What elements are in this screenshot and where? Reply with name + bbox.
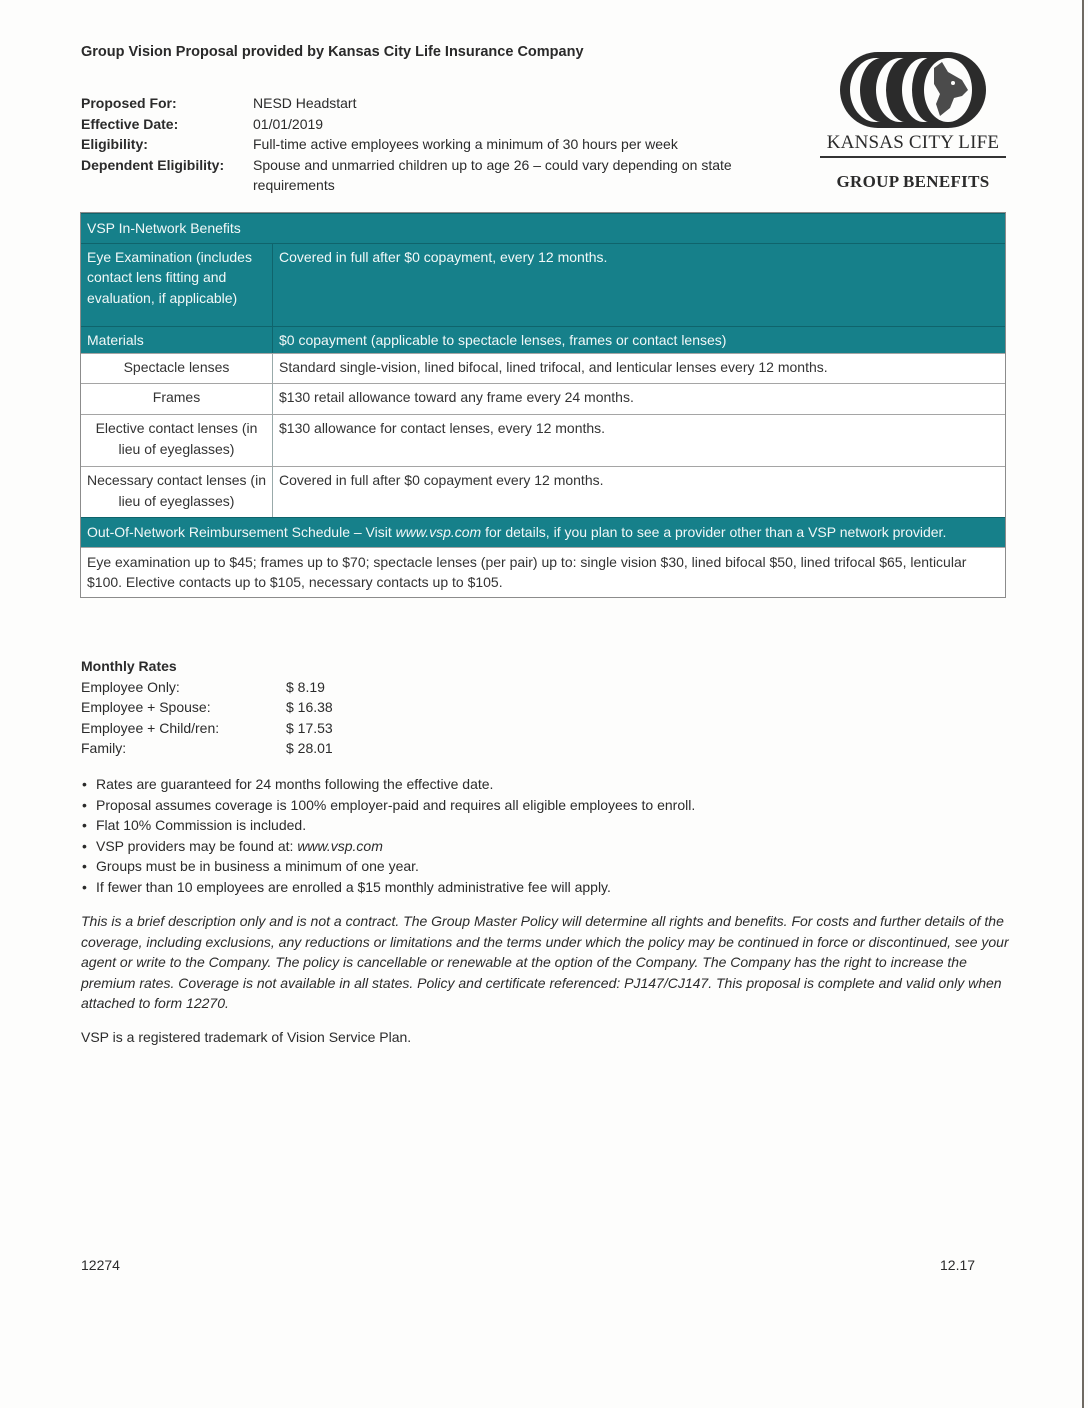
meta-label: Proposed For:	[81, 93, 253, 114]
table-row: Spectacle lenses Standard single-vision,…	[81, 353, 1005, 383]
out-of-network-header: Out-Of-Network Reimbursement Schedule – …	[81, 518, 1005, 547]
meta-value: NESD Headstart	[253, 93, 793, 114]
form-version: 12.17	[940, 1257, 975, 1273]
meta-effective-date: Effective Date: 01/01/2019	[81, 114, 793, 135]
materials-row: Materials $0 copayment (applicable to sp…	[81, 326, 1005, 354]
list-item: VSP providers may be found at: www.vsp.c…	[81, 836, 695, 857]
disclaimer: This is a brief description only and is …	[81, 911, 1011, 1014]
meta-value: 01/01/2019	[253, 114, 793, 135]
rate-row: Employee Only: $ 8.19	[81, 677, 333, 698]
eye-exam-label: Eye Examination (includes contact lens f…	[81, 244, 273, 326]
scan-edge-line	[1082, 0, 1084, 1408]
out-of-network-header-suffix: for details, if you plan to see a provid…	[481, 524, 946, 540]
terms-list: Rates are guaranteed for 24 months follo…	[81, 774, 695, 897]
rates-title: Monthly Rates	[81, 656, 333, 677]
company-division: GROUP BENEFITS	[818, 172, 1008, 192]
in-network-header-row: VSP In-Network Benefits	[81, 213, 1005, 243]
rate-row: Employee + Child/ren: $ 17.53	[81, 718, 333, 739]
out-of-network-header-prefix: Out-Of-Network Reimbursement Schedule – …	[87, 524, 396, 540]
divider	[820, 156, 1006, 158]
benefits-table: VSP In-Network Benefits Eye Examination …	[80, 212, 1006, 598]
row-value: Covered in full after $0 copayment every…	[273, 467, 1005, 517]
list-item: Flat 10% Commission is included.	[81, 815, 695, 836]
table-row: Frames $130 retail allowance toward any …	[81, 383, 1005, 414]
row-value: $130 retail allowance toward any frame e…	[273, 384, 1005, 414]
list-item: Groups must be in business a minimum of …	[81, 856, 695, 877]
company-logo: KANSAS CITY LIFE GROUP BENEFITS	[818, 50, 1008, 192]
row-label: Elective contact lenses (in lieu of eyeg…	[81, 415, 273, 466]
meta-dependent-eligibility: Dependent Eligibility: Spouse and unmarr…	[81, 155, 793, 196]
proposal-meta: Proposed For: NESD Headstart Effective D…	[81, 93, 793, 196]
table-row: Necessary contact lenses (in lieu of eye…	[81, 466, 1005, 517]
row-value: Standard single-vision, lined bifocal, l…	[273, 354, 1005, 383]
list-item-text: VSP providers may be found at:	[96, 838, 297, 854]
rate-label: Employee + Spouse:	[81, 697, 286, 718]
rate-label: Employee Only:	[81, 677, 286, 698]
meta-label: Eligibility:	[81, 134, 253, 155]
form-number: 12274	[81, 1257, 120, 1273]
out-of-network-body-row: Eye examination up to $45; frames up to …	[81, 547, 1005, 597]
rate-row: Employee + Spouse: $ 16.38	[81, 697, 333, 718]
row-label: Frames	[81, 384, 273, 414]
row-label: Necessary contact lenses (in lieu of eye…	[81, 467, 273, 517]
document-title: Group Vision Proposal provided by Kansas…	[81, 44, 584, 60]
materials-value: $0 copayment (applicable to spectacle le…	[273, 327, 1005, 354]
row-value: $130 allowance for contact lenses, every…	[273, 415, 1005, 466]
meta-eligibility: Eligibility: Full-time active employees …	[81, 134, 793, 155]
vsp-link[interactable]: www.vsp.com	[396, 524, 482, 540]
rate-value: $ 28.01	[286, 738, 333, 759]
meta-label: Dependent Eligibility:	[81, 155, 253, 196]
rate-row: Family: $ 28.01	[81, 738, 333, 759]
meta-value: Full-time active employees working a min…	[253, 134, 793, 155]
meta-label: Effective Date:	[81, 114, 253, 135]
monthly-rates: Monthly Rates Employee Only: $ 8.19 Empl…	[81, 656, 333, 759]
rate-label: Family:	[81, 738, 286, 759]
list-item: If fewer than 10 employees are enrolled …	[81, 877, 695, 898]
trademark-notice: VSP is a registered trademark of Vision …	[81, 1029, 411, 1045]
table-row: Elective contact lenses (in lieu of eyeg…	[81, 414, 1005, 466]
kansas-city-life-logo-icon	[838, 50, 988, 130]
vsp-link[interactable]: www.vsp.com	[297, 838, 383, 854]
in-network-header: VSP In-Network Benefits	[81, 214, 1005, 243]
rate-value: $ 16.38	[286, 697, 333, 718]
meta-proposed-for: Proposed For: NESD Headstart	[81, 93, 793, 114]
eye-exam-value: Covered in full after $0 copayment, ever…	[273, 244, 1005, 326]
row-label: Spectacle lenses	[81, 354, 273, 383]
out-of-network-body: Eye examination up to $45; frames up to …	[81, 548, 1005, 597]
eye-exam-row: Eye Examination (includes contact lens f…	[81, 243, 1005, 326]
meta-value: Spouse and unmarried children up to age …	[253, 155, 793, 196]
company-name: KANSAS CITY LIFE	[818, 132, 1008, 154]
out-of-network-header-row: Out-Of-Network Reimbursement Schedule – …	[81, 517, 1005, 547]
rate-value: $ 8.19	[286, 677, 325, 698]
list-item: Rates are guaranteed for 24 months follo…	[81, 774, 695, 795]
rate-value: $ 17.53	[286, 718, 333, 739]
rate-label: Employee + Child/ren:	[81, 718, 286, 739]
list-item: Proposal assumes coverage is 100% employ…	[81, 795, 695, 816]
materials-label: Materials	[81, 327, 273, 354]
